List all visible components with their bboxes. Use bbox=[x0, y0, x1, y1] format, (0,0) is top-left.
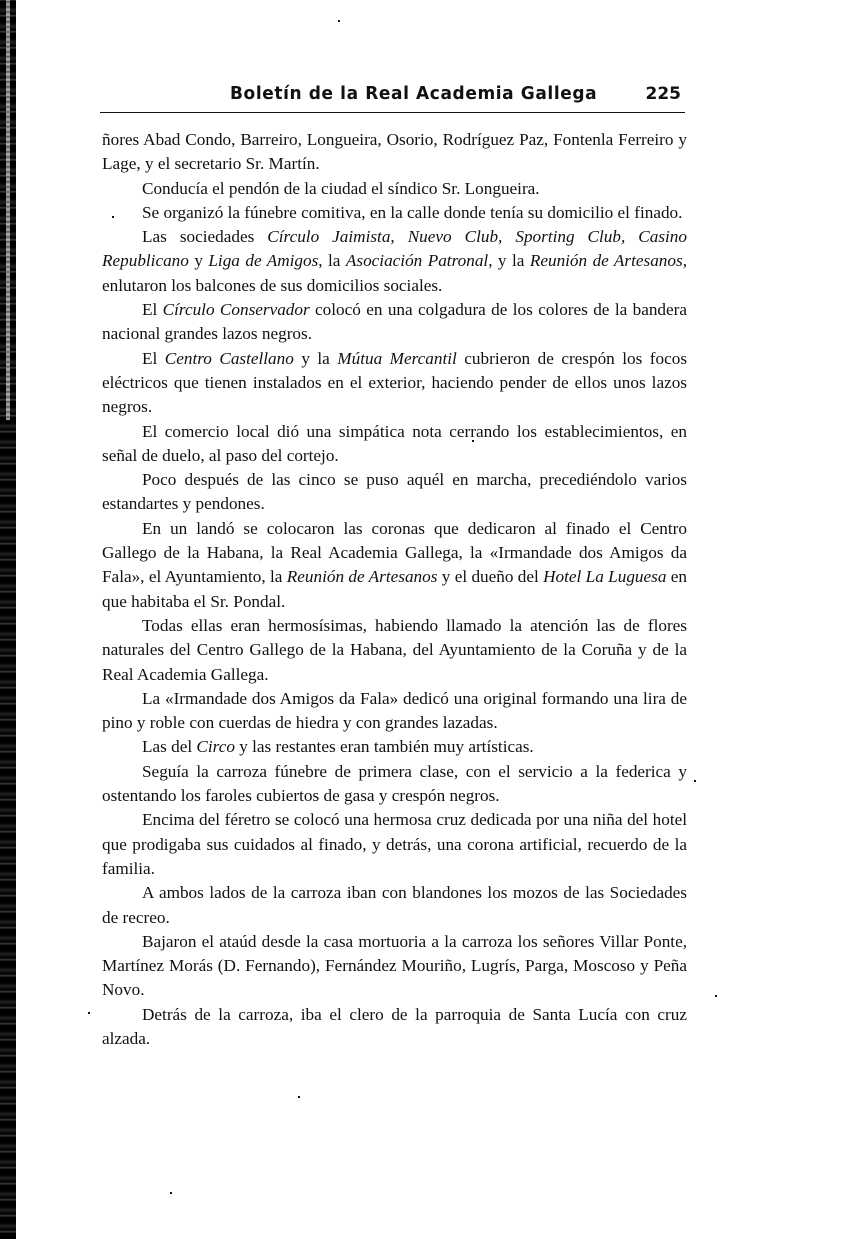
text-run: y el dueño del bbox=[437, 567, 543, 586]
italic-name: Liga de Amigos bbox=[208, 251, 318, 270]
text-run: Se organizó la fúnebre comitiva, en la c… bbox=[142, 203, 682, 222]
italic-name: Centro Castellano bbox=[165, 349, 294, 368]
paragraph: Detrás de la carroza, iba el clero de la… bbox=[102, 1003, 687, 1052]
paragraph: El comercio local dió una simpática nota… bbox=[102, 420, 687, 469]
paragraph: Se organizó la fúnebre comitiva, en la c… bbox=[102, 201, 687, 225]
text-run: , y la bbox=[488, 251, 530, 270]
text-run: Poco después de las cinco se puso aquél … bbox=[102, 470, 687, 513]
scan-binding-edge bbox=[0, 0, 16, 1239]
paragraph: A ambos lados de la carroza iban con bla… bbox=[102, 881, 687, 930]
paragraph: Conducía el pendón de la ciudad el síndi… bbox=[102, 177, 687, 201]
paragraph: Poco después de las cinco se puso aquél … bbox=[102, 468, 687, 517]
paragraph: Seguía la carroza fúnebre de primera cla… bbox=[102, 760, 687, 809]
text-run: Bajaron el ataúd desde la casa mortuoria… bbox=[102, 932, 687, 1000]
scan-speck bbox=[112, 216, 114, 218]
paragraph: ñores Abad Condo, Barreiro, Longueira, O… bbox=[102, 128, 687, 177]
text-run: A ambos lados de la carroza iban con bla… bbox=[102, 883, 687, 926]
paragraph: El Centro Castellano y la Mútua Mercanti… bbox=[102, 347, 687, 420]
running-header: Boletín de la Real Academia Gallega 225 bbox=[100, 82, 685, 113]
text-run: El comercio local dió una simpática nota… bbox=[102, 422, 687, 465]
paragraph: La «Irmandade dos Amigos da Fala» dedicó… bbox=[102, 687, 687, 736]
italic-name: Circo bbox=[196, 737, 235, 756]
paragraph: Las sociedades Círculo Jaimista, Nuevo C… bbox=[102, 225, 687, 298]
paragraph: El Círculo Conservador colocó en una col… bbox=[102, 298, 687, 347]
scan-speck bbox=[88, 1012, 90, 1014]
article-body: ñores Abad Condo, Barreiro, Longueira, O… bbox=[102, 128, 687, 1051]
text-run: Seguía la carroza fúnebre de primera cla… bbox=[102, 762, 687, 805]
paragraph: Encima del féretro se colocó una hermosa… bbox=[102, 808, 687, 881]
text-run: y las restantes eran también muy artísti… bbox=[235, 737, 534, 756]
scan-speck bbox=[715, 995, 717, 997]
paragraph: Bajaron el ataúd desde la casa mortuoria… bbox=[102, 930, 687, 1003]
italic-name: Reunión de Artesanos bbox=[530, 251, 683, 270]
paragraph: En un landó se colocaron las coronas que… bbox=[102, 517, 687, 614]
text-run: La «Irmandade dos Amigos da Fala» dedicó… bbox=[102, 689, 687, 732]
text-run: Detrás de la carroza, iba el clero de la… bbox=[102, 1005, 687, 1048]
scan-speck bbox=[298, 1096, 300, 1098]
scan-speck bbox=[694, 780, 696, 782]
text-run: Todas ellas eran hermosísimas, habiendo … bbox=[102, 616, 687, 684]
italic-name: Reunión de Artesanos bbox=[287, 567, 438, 586]
text-run: y bbox=[189, 251, 209, 270]
text-run: y la bbox=[294, 349, 337, 368]
text-run: , la bbox=[318, 251, 346, 270]
italic-name: Asociación Patronal bbox=[346, 251, 488, 270]
scan-speck bbox=[472, 440, 474, 442]
italic-name: Círculo Conservador bbox=[163, 300, 310, 319]
scan-speck bbox=[170, 1192, 172, 1194]
text-run: Las del bbox=[142, 737, 196, 756]
paragraph: Las del Circo y las restantes eran tambi… bbox=[102, 735, 687, 759]
italic-name: Mútua Mercantil bbox=[337, 349, 457, 368]
text-run: El bbox=[142, 300, 163, 319]
scan-speck bbox=[338, 20, 340, 22]
italic-name: Hotel La Luguesa bbox=[543, 567, 666, 586]
text-run: El bbox=[142, 349, 165, 368]
text-run: Las sociedades bbox=[142, 227, 267, 246]
text-run: ñores Abad Condo, Barreiro, Longueira, O… bbox=[102, 130, 687, 173]
paragraph: Todas ellas eran hermosísimas, habiendo … bbox=[102, 614, 687, 687]
page-number: 225 bbox=[646, 84, 682, 104]
journal-title: Boletín de la Real Academia Gallega bbox=[230, 84, 597, 105]
text-run: Encima del féretro se colocó una hermosa… bbox=[102, 810, 687, 878]
text-run: Conducía el pendón de la ciudad el síndi… bbox=[142, 179, 540, 198]
